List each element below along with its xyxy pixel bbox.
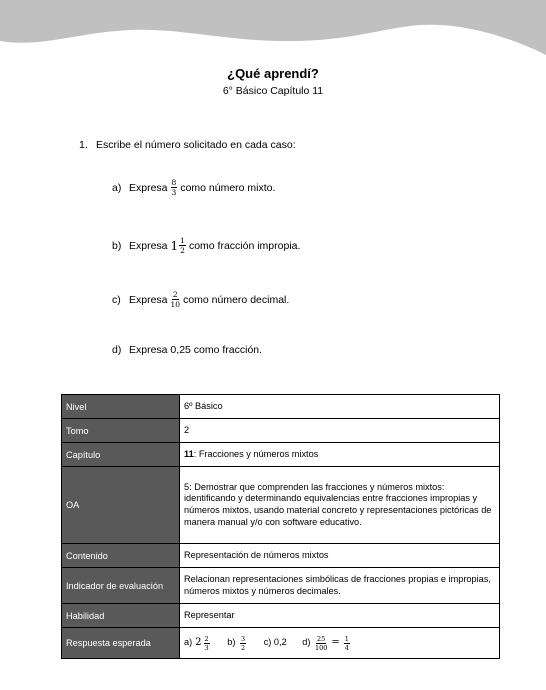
answer-c: c) 0,2: [264, 637, 287, 649]
table-row-respuesta: Respuesta esperada a) 2 23 b) 32 c) 0,2 …: [62, 628, 500, 659]
info-table: Nivel 6º Básico Tomo 2 Capítulo 11: Frac…: [61, 394, 500, 659]
question-prompt: 1.Escribe el número solicitado en cada c…: [79, 139, 296, 151]
table-row-oa: OA 5: Demostrar que comprenden las fracc…: [62, 467, 500, 544]
question-number: 1.: [79, 139, 96, 151]
row-value: Relacionan representaciones simbólicas d…: [180, 568, 500, 604]
row-key: Contenido: [62, 544, 180, 568]
row-key: Habilidad: [62, 604, 180, 628]
fraction: 83: [171, 178, 178, 197]
row-value: 2: [180, 419, 500, 443]
row-key: Indicador de evaluación: [62, 568, 180, 604]
row-key: OA: [62, 467, 180, 544]
question-item-a: a) Expresa 83 como número mixto.: [112, 178, 275, 197]
question-item-b: b) Expresa 1 12 como fracción impropia.: [112, 236, 300, 255]
wave-shape: [0, 0, 546, 55]
fraction: 12: [179, 236, 186, 255]
header-wave-decoration: [0, 0, 546, 60]
row-value: 5: Demostrar que comprenden las fraccion…: [180, 467, 500, 544]
page-subtitle: 6° Básico Capítulo 11: [0, 85, 546, 97]
answer-d: d) 25100 = 14: [302, 635, 352, 652]
table-row-nivel: Nivel 6º Básico: [62, 395, 500, 419]
table-row-tomo: Tomo 2: [62, 419, 500, 443]
answer-b: b) 32: [227, 635, 248, 652]
question-item-d: d) Expresa 0,25 como fracción.: [112, 344, 262, 356]
row-key: Respuesta esperada: [62, 628, 180, 659]
row-key: Capítulo: [62, 443, 180, 467]
row-value: Representar: [180, 604, 500, 628]
row-value: a) 2 23 b) 32 c) 0,2 d) 25100 = 14: [180, 628, 500, 659]
row-key: Tomo: [62, 419, 180, 443]
page-title: ¿Qué aprendí?: [0, 66, 546, 81]
table-row-habilidad: Habilidad Representar: [62, 604, 500, 628]
fraction: 210: [171, 290, 181, 309]
row-value: 6º Básico: [180, 395, 500, 419]
question-text: Escribe el número solicitado en cada cas…: [96, 139, 296, 151]
row-key: Nivel: [62, 395, 180, 419]
row-value: 11: Fracciones y números mixtos: [180, 443, 500, 467]
table-row-capitulo: Capítulo 11: Fracciones y números mixtos: [62, 443, 500, 467]
row-value: Representación de números mixtos: [180, 544, 500, 568]
table-row-contenido: Contenido Representación de números mixt…: [62, 544, 500, 568]
answer-a: a) 2 23: [184, 635, 212, 652]
question-item-c: c) Expresa 210 como número decimal.: [112, 290, 289, 309]
table-row-indicador: Indicador de evaluación Relacionan repre…: [62, 568, 500, 604]
